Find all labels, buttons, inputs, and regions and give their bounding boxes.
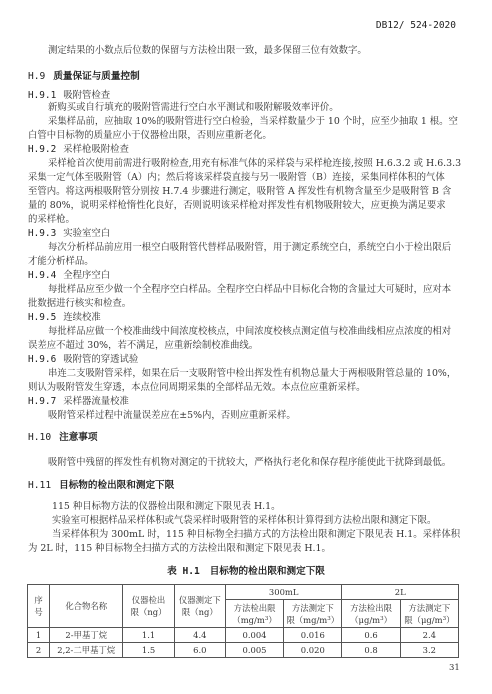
header-text: 方法测定下 — [284, 602, 341, 614]
unit-text: 限（mg/m — [286, 615, 327, 625]
subsection-number: H.9.6 — [28, 354, 56, 365]
paragraph-line: 每批样品应至少做一个全程序空白样品。全程序空白样品中目标化合物的含量过大可疑时，… — [48, 284, 451, 296]
document-code-header: DB12/ 524-2020 — [376, 20, 456, 31]
section-title: 注意事项 — [59, 432, 97, 443]
section-number: H.10 — [28, 432, 51, 443]
header-text: 方法检出限 — [226, 602, 283, 614]
cell-mql-300ml: 0.016 — [284, 628, 342, 643]
paragraph-line: 115 种目标物方法的仪器检出限和测定下限见表 H.1。 — [52, 501, 280, 513]
paragraph-line: 才能分析样品。 — [28, 256, 94, 268]
cell-seq: 2 — [28, 643, 50, 658]
paragraph-line: 采集一定气体至吸附管（A）内；然后将该采样袋直接与另一吸附管（B）连接，采集同样… — [28, 172, 445, 184]
subsection-title: 吸附管检查 — [63, 90, 110, 101]
unit-close: ） — [268, 615, 276, 625]
header-unit: 限（μg/m3） — [401, 614, 458, 626]
header-unit: （μg/m3） — [342, 614, 399, 626]
header-text: 号 — [28, 606, 49, 618]
paragraph-line: 白管中目标物的质量应小于仪器检出限，否则应重新老化。 — [28, 130, 272, 142]
header-method-detection-limit-2l: 方法检出限 （μg/m3） — [342, 600, 400, 628]
cell-idl: 1.5 — [123, 643, 174, 658]
cell-compound-name: 2,2-二甲基丁烷 — [50, 643, 123, 658]
subsection-title: 采样枪吸附检查 — [63, 144, 129, 155]
header-unit: （mg/m3） — [226, 614, 283, 626]
paragraph-line: 吸附管中残留的挥发性有机物对测定的干扰较大，严格执行老化和保存程序能使此干扰降到… — [48, 457, 451, 469]
cell-mdl-300ml: 0.004 — [225, 628, 283, 643]
paragraph-line: 则认为吸附管发生穿透，本点位同周期采集的全部样品无效。本点位应重新采样。 — [28, 382, 366, 394]
paragraph-line: 每次分析样品前应用一根空白吸附管代替样品吸附管，用于测定系统空白，系统空白小于检… — [48, 242, 451, 254]
table-caption: 表 H.1目标物的检出限和测定下限 — [0, 563, 492, 577]
detection-limit-table: 序 号 化合物名称 仪器检出 限（ng） 仪器测定下 限（ng） 300mL 2… — [27, 584, 459, 658]
section-number: H.11 — [28, 480, 51, 491]
header-compound-name: 化合物名称 — [50, 585, 123, 628]
intro-paragraph: 测定结果的小数点后位数的保留与方法检出限一致，最多保留三位有效数字。 — [48, 45, 367, 57]
cell-seq: 1 — [28, 628, 50, 643]
table-row: 1 2-甲基丁烷 1.1 4.4 0.004 0.016 0.6 2.4 — [28, 628, 459, 643]
cell-mql-2l: 3.2 — [400, 643, 458, 658]
subsection-heading-h9-3: H.9.3实验室空白 — [28, 228, 110, 240]
header-instrument-quantitation-limit: 仪器测定下 限（ng） — [174, 585, 225, 628]
header-text: 方法测定下 — [401, 602, 458, 614]
paragraph-line: 实验室可根据样品采样体积或气袋采样时吸附管的采样体积计算得到方法检出限和测定下限… — [52, 515, 436, 527]
header-group-2l: 2L — [342, 585, 459, 600]
cell-idl: 1.1 — [123, 628, 174, 643]
section-heading-h10: H.10注意事项 — [28, 432, 97, 444]
subsection-number: H.9.7 — [28, 396, 56, 407]
subsection-number: H.9.3 — [28, 228, 56, 239]
paragraph-line: 当采样体积为 300mL 时，115 种目标物全扫描方式的方法检出限和测定下限见… — [52, 529, 460, 541]
cell-mdl-2l: 0.8 — [342, 643, 400, 658]
cell-mdl-2l: 0.6 — [342, 628, 400, 643]
section-heading-h11: H.11目标物的检出限和测定下限 — [28, 480, 174, 492]
section-heading-h9: H.9质量保证与质量控制 — [28, 71, 140, 83]
document-page: DB12/ 524-2020 测定结果的小数点后位数的保留与方法检出限一致，最多… — [0, 0, 492, 694]
header-text: 限（ng） — [175, 606, 225, 618]
cell-iql: 6.0 — [174, 643, 225, 658]
header-group-300ml: 300mL — [225, 585, 342, 600]
subsection-heading-h9-5: H.9.5连续校准 — [28, 312, 101, 324]
paragraph-line: 串连二支吸附管采样，如果在后一支吸附管中检出挥发性有机物总量大于两根吸附管总量的… — [48, 368, 456, 380]
header-method-quantitation-limit-2l: 方法测定下 限（μg/m3） — [400, 600, 458, 628]
header-unit: 限（mg/m3） — [284, 614, 341, 626]
paragraph-line: 误差应不超过 30%，若不满足，应重新绘制校准曲线。 — [28, 340, 258, 352]
header-method-detection-limit-300ml: 方法检出限 （mg/m3） — [225, 600, 283, 628]
table-title: 目标物的检出限和测定下限 — [210, 566, 325, 577]
subsection-heading-h9-1: H.9.1吸附管检查 — [28, 90, 110, 102]
section-number: H.9 — [28, 71, 45, 82]
unit-close: ） — [446, 615, 454, 625]
paragraph-line: 新购买或自行填充的吸附管需进行空白水平测试和吸附解吸效率评价。 — [48, 102, 339, 114]
subsection-title: 采样器流量校准 — [63, 396, 129, 407]
cell-compound-name: 2-甲基丁烷 — [50, 628, 123, 643]
subsection-title: 连续校准 — [63, 312, 101, 323]
section-title: 目标物的检出限和测定下限 — [59, 480, 174, 491]
subsection-title: 吸附管的穿透试验 — [63, 354, 138, 365]
cell-iql: 4.4 — [174, 628, 225, 643]
paragraph-line: 吸附管采样过程中流量误差应在±5%内，否则应重新采样。 — [48, 410, 296, 422]
subsection-title: 实验室空白 — [63, 228, 110, 239]
paragraph-line: 采集样品前，应抽取 10%的吸附管进行空白检验，当采样数量少于 10 个时，应至… — [48, 116, 458, 128]
page-number: 31 — [449, 663, 460, 673]
subsection-heading-h9-7: H.9.7采样器流量校准 — [28, 396, 129, 408]
header-text: 限（ng） — [123, 606, 173, 618]
unit-text: 限（μg/m — [404, 615, 442, 625]
cell-mql-2l: 2.4 — [400, 628, 458, 643]
header-text: 方法检出限 — [342, 602, 399, 614]
header-method-quantitation-limit-300ml: 方法测定下 限（mg/m3） — [284, 600, 342, 628]
unit-close: ） — [384, 615, 392, 625]
paragraph-line: 量的 80%，说明采样枪惰性化良好，否则说明该采样枪对挥发性有机物吸附较大，应更… — [28, 200, 446, 212]
table-row: 2 2,2-二甲基丁烷 1.5 6.0 0.005 0.020 0.8 3.2 — [28, 643, 459, 658]
subsection-title: 全程序空白 — [63, 270, 110, 281]
paragraph-line: 的采样枪。 — [28, 214, 75, 226]
paragraph-line: 批数据进行核实和检查。 — [28, 298, 131, 310]
subsection-heading-h9-6: H.9.6吸附管的穿透试验 — [28, 354, 138, 366]
subsection-number: H.9.2 — [28, 144, 56, 155]
table-number: 表 H.1 — [167, 566, 200, 577]
subsection-number: H.9.1 — [28, 90, 56, 101]
unit-close: ） — [331, 615, 339, 625]
unit-text: （mg/m — [232, 615, 264, 625]
subsection-heading-h9-4: H.9.4全程序空白 — [28, 270, 110, 282]
cell-mql-300ml: 0.020 — [284, 643, 342, 658]
paragraph-line: 为 2L 时，115 种目标物全扫描方式的方法检出限和测定下限见表 H.1。 — [28, 543, 331, 555]
paragraph-line: 至管内。将这两根吸附管分别按 H.7.4 步骤进行测定，吸附管 A 挥发性有机物… — [28, 186, 451, 198]
header-text: 仪器检出 — [123, 594, 173, 606]
header-text: 序 — [28, 594, 49, 606]
unit-text: （μg/m — [350, 615, 380, 625]
subsection-number: H.9.5 — [28, 312, 56, 323]
paragraph-line: 采样枪首次使用前需进行吸附检查,用充有标准气体的采样袋与采样枪连接,按照 H.6… — [48, 158, 461, 170]
subsection-number: H.9.4 — [28, 270, 56, 281]
subsection-heading-h9-2: H.9.2采样枪吸附检查 — [28, 144, 129, 156]
cell-mdl-300ml: 0.005 — [225, 643, 283, 658]
paragraph-line: 每批样品应做一个校准曲线中间浓度校核点，中间浓度校核点测定值与校准曲线相应点浓度… — [48, 326, 451, 338]
header-instrument-detection-limit: 仪器检出 限（ng） — [123, 585, 174, 628]
header-text: 仪器测定下 — [175, 594, 225, 606]
section-title: 质量保证与质量控制 — [53, 71, 139, 82]
header-seq: 序 号 — [28, 585, 50, 628]
